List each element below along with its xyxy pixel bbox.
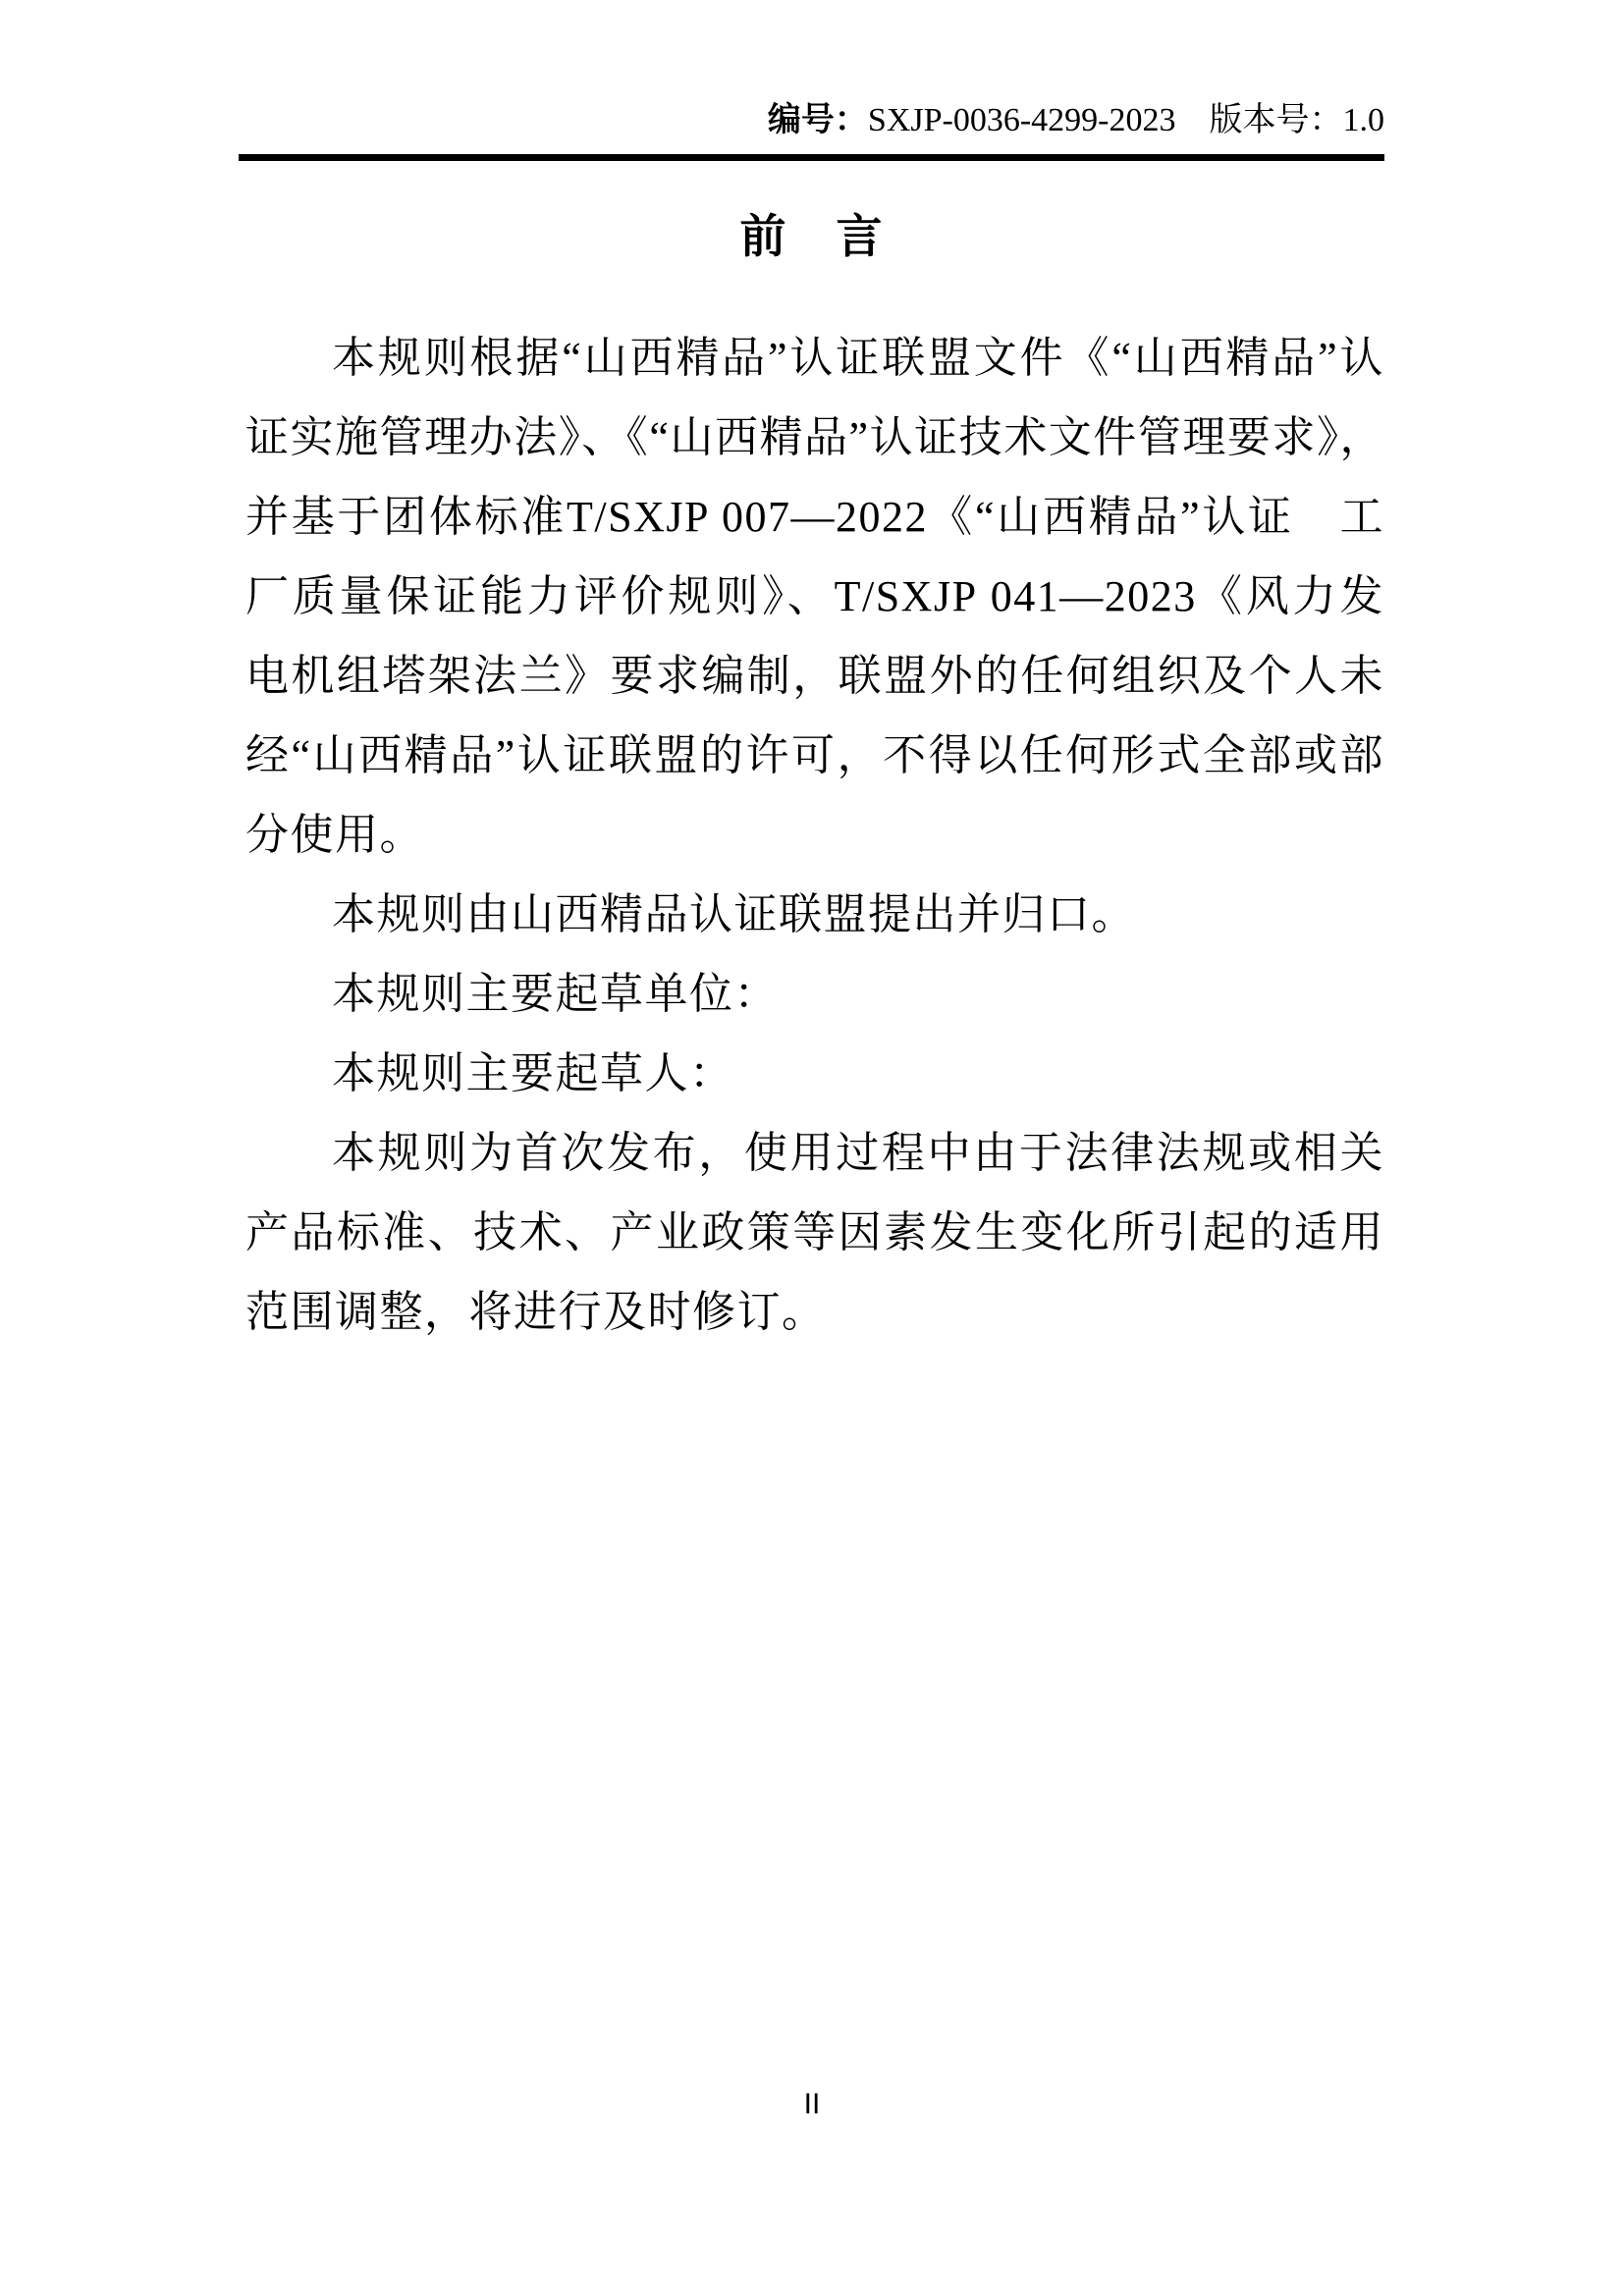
page-number: II xyxy=(804,2088,821,2120)
version-label: 版本号： xyxy=(1210,102,1343,138)
paragraph-proposed-by: 本规则由山西精品认证联盟提出并归口。 xyxy=(245,875,1384,954)
paragraph-drafting-units: 本规则主要起草单位： xyxy=(245,954,1384,1034)
header-divider-rule xyxy=(239,154,1384,161)
paragraph-first-issue: 本规则为首次发布，使用过程中由于法律法规或相关产品标准、技术、产业政策等因素发生… xyxy=(245,1113,1384,1352)
document-page: 编号：SXJP-0036-4299-2023版本号：1.0 前 言 本规则根据“… xyxy=(0,0,1624,2296)
doc-number-label: 编号： xyxy=(768,101,868,138)
version-value: 1.0 xyxy=(1343,102,1385,138)
paragraph-basis: 本规则根据“山西精品”认证联盟文件《“山西精品”认证实施管理办法》、《“山西精品… xyxy=(245,318,1384,875)
document-body: 本规则根据“山西精品”认证联盟文件《“山西精品”认证实施管理办法》、《“山西精品… xyxy=(245,318,1384,1352)
paragraph-drafters: 本规则主要起草人： xyxy=(245,1034,1384,1113)
page-footer: II xyxy=(0,2087,1624,2122)
doc-number-value: SXJP-0036-4299-2023 xyxy=(868,102,1176,138)
page-title: 前 言 xyxy=(243,208,1381,267)
page-header: 编号：SXJP-0036-4299-2023版本号：1.0 xyxy=(239,98,1384,142)
